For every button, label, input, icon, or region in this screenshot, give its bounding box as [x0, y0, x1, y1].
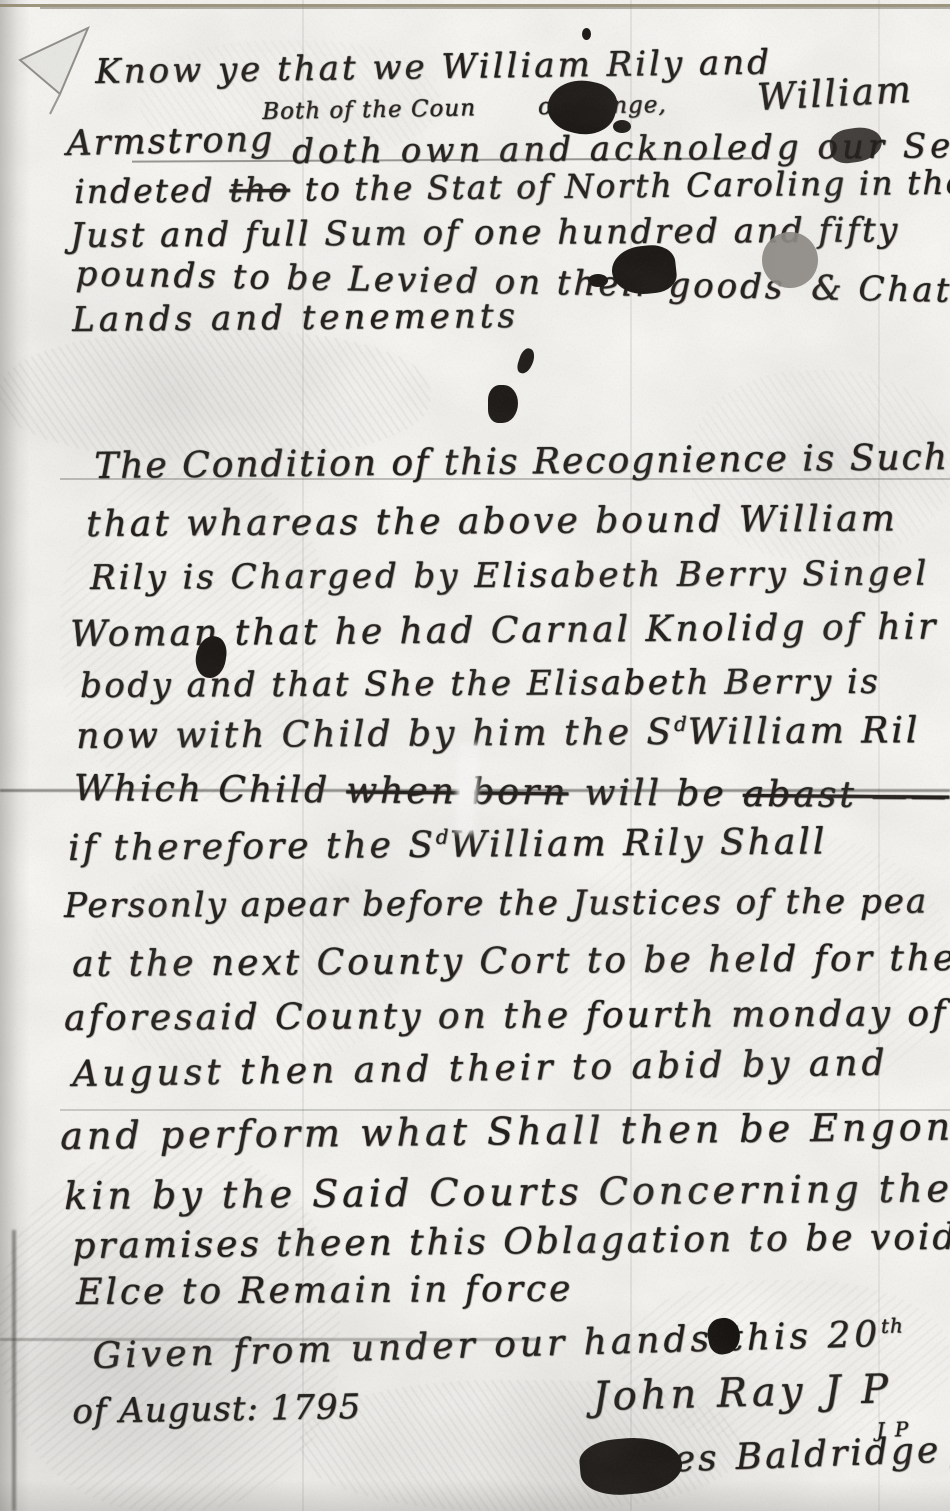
- line-text: aforesaid County on the fourth monday of: [64, 993, 948, 1039]
- scan-top-edge-line: [0, 4, 950, 7]
- line-text: William Rily Shall: [449, 821, 827, 865]
- signature-name-2: Baldridge J P: [735, 1427, 950, 1478]
- line-text: that whareas the above bound William: [86, 498, 898, 545]
- scanned-document-page: Know ye that we William Rily and William…: [0, 0, 950, 1511]
- handwritten-line-2-armstrong: Armstrong: [66, 120, 275, 164]
- ink-blot-dot: [582, 28, 591, 40]
- handwritten-line-1b-william: William: [756, 68, 914, 119]
- line-text: Both of the Coun: [262, 95, 476, 125]
- ink-blot-dot: [588, 274, 608, 287]
- handwritten-line-24-date: of August: 1795: [72, 1387, 362, 1432]
- line-text: Rily is Charged by Elisabeth Berry Singe…: [90, 554, 929, 598]
- line-text: Lands and tenements: [72, 296, 519, 340]
- handwritten-line-18: August then and their to abid by and: [72, 1043, 889, 1095]
- superscript-d: d: [436, 826, 450, 849]
- line-text: indeted: [74, 171, 215, 211]
- line-text: kin by the Said Courts Concerning the: [64, 1166, 950, 1218]
- line-text: Personly apear before the Justices of th…: [64, 881, 928, 926]
- handwritten-line-16: at the next County Cort to be held for t…: [72, 938, 950, 985]
- ink-blot-small: [488, 385, 518, 423]
- handwritten-line-8: that whareas the above bound William: [86, 498, 898, 545]
- line-text: Elce to Remain in force: [76, 1269, 574, 1313]
- handwritten-line-6: Lands and tenements: [72, 296, 519, 340]
- signature-john-ray: John RayJ P: [592, 1366, 893, 1420]
- handwritten-line-15: Personly apear before the Justices of th…: [64, 881, 928, 926]
- struck-words: abast ——: [743, 774, 950, 817]
- struck-word: tho: [229, 170, 290, 210]
- signature-title: J P: [824, 1366, 893, 1414]
- line-text: Know ye that we William Rily and: [95, 43, 772, 92]
- line-text: Which Child: [74, 768, 331, 811]
- handwritten-line-17: aforesaid County on the fourth monday of: [64, 993, 948, 1039]
- line-text: and perform what Shall then be Engon: [60, 1105, 950, 1158]
- line-text: William Ril: [688, 710, 921, 753]
- handwritten-line-13: Which Childwhen bornwill beabast ——: [74, 768, 950, 817]
- handwritten-line-1: Know ye that we William Rily and: [95, 43, 772, 92]
- line-text: now with Child by him the S: [76, 712, 674, 757]
- line-text: & Chattels: [811, 268, 950, 312]
- line-text: if therefore the S: [68, 825, 436, 869]
- ink-blot-dot: [515, 346, 536, 375]
- line-text: The Condition of this Recognience is Suc…: [94, 437, 949, 487]
- handwritten-line-21: pramises theen this Oblagation to be voi…: [72, 1217, 950, 1267]
- handwritten-line-3: indetedthoto the Stat of North Caroling …: [74, 163, 950, 211]
- handwritten-line-23-given: Given from under our hands this 20th: [92, 1313, 904, 1377]
- smudge-patch: [0, 330, 430, 460]
- signature-name: John Ray: [592, 1368, 807, 1420]
- line-text: will be: [584, 772, 727, 814]
- handwritten-line-19: and perform what Shall then be Engon=d: [60, 1104, 950, 1158]
- struck-words: when born: [346, 770, 568, 813]
- bottom-edge-shade: [0, 1480, 950, 1511]
- handwritten-line-7-condition: The Condition of this Recognience is Suc…: [94, 437, 949, 487]
- left-paper-edge-shade: [0, 0, 30, 1511]
- line-text: William: [756, 68, 914, 119]
- scan-top-edge-shadow: [40, 7, 950, 9]
- date-text: of August: 1795: [72, 1387, 362, 1432]
- handwritten-line-9: Rily is Charged by Elisabeth Berry Singe…: [90, 554, 929, 598]
- handwritten-line-22: Elce to Remain in force: [76, 1269, 574, 1313]
- handwritten-line-20: kin by the Said Courts Concerning the: [64, 1166, 950, 1218]
- line-text: August then and their to abid by and: [72, 1043, 889, 1095]
- superscript-th: th: [881, 1314, 904, 1338]
- left-paper-edge-line: [12, 1230, 16, 1511]
- line-text: Given from under our hands this 20: [92, 1314, 882, 1377]
- line-text: at the next County Cort to be held for t…: [72, 938, 950, 985]
- handwritten-line-12: now with Child by him the SdWilliam Ril: [76, 710, 921, 757]
- line-text: pramises theen this Oblagation to be voi…: [72, 1217, 950, 1267]
- line-text: Armstrong: [66, 120, 275, 164]
- line-text: to the Stat of North Caroling in the: [304, 163, 950, 209]
- superscript-d: d: [674, 713, 688, 736]
- handwritten-line-14: if therefore the SdWilliam Rily Shall: [68, 821, 828, 869]
- gray-stain-circle: [762, 232, 818, 288]
- ink-blot-dot: [613, 120, 631, 133]
